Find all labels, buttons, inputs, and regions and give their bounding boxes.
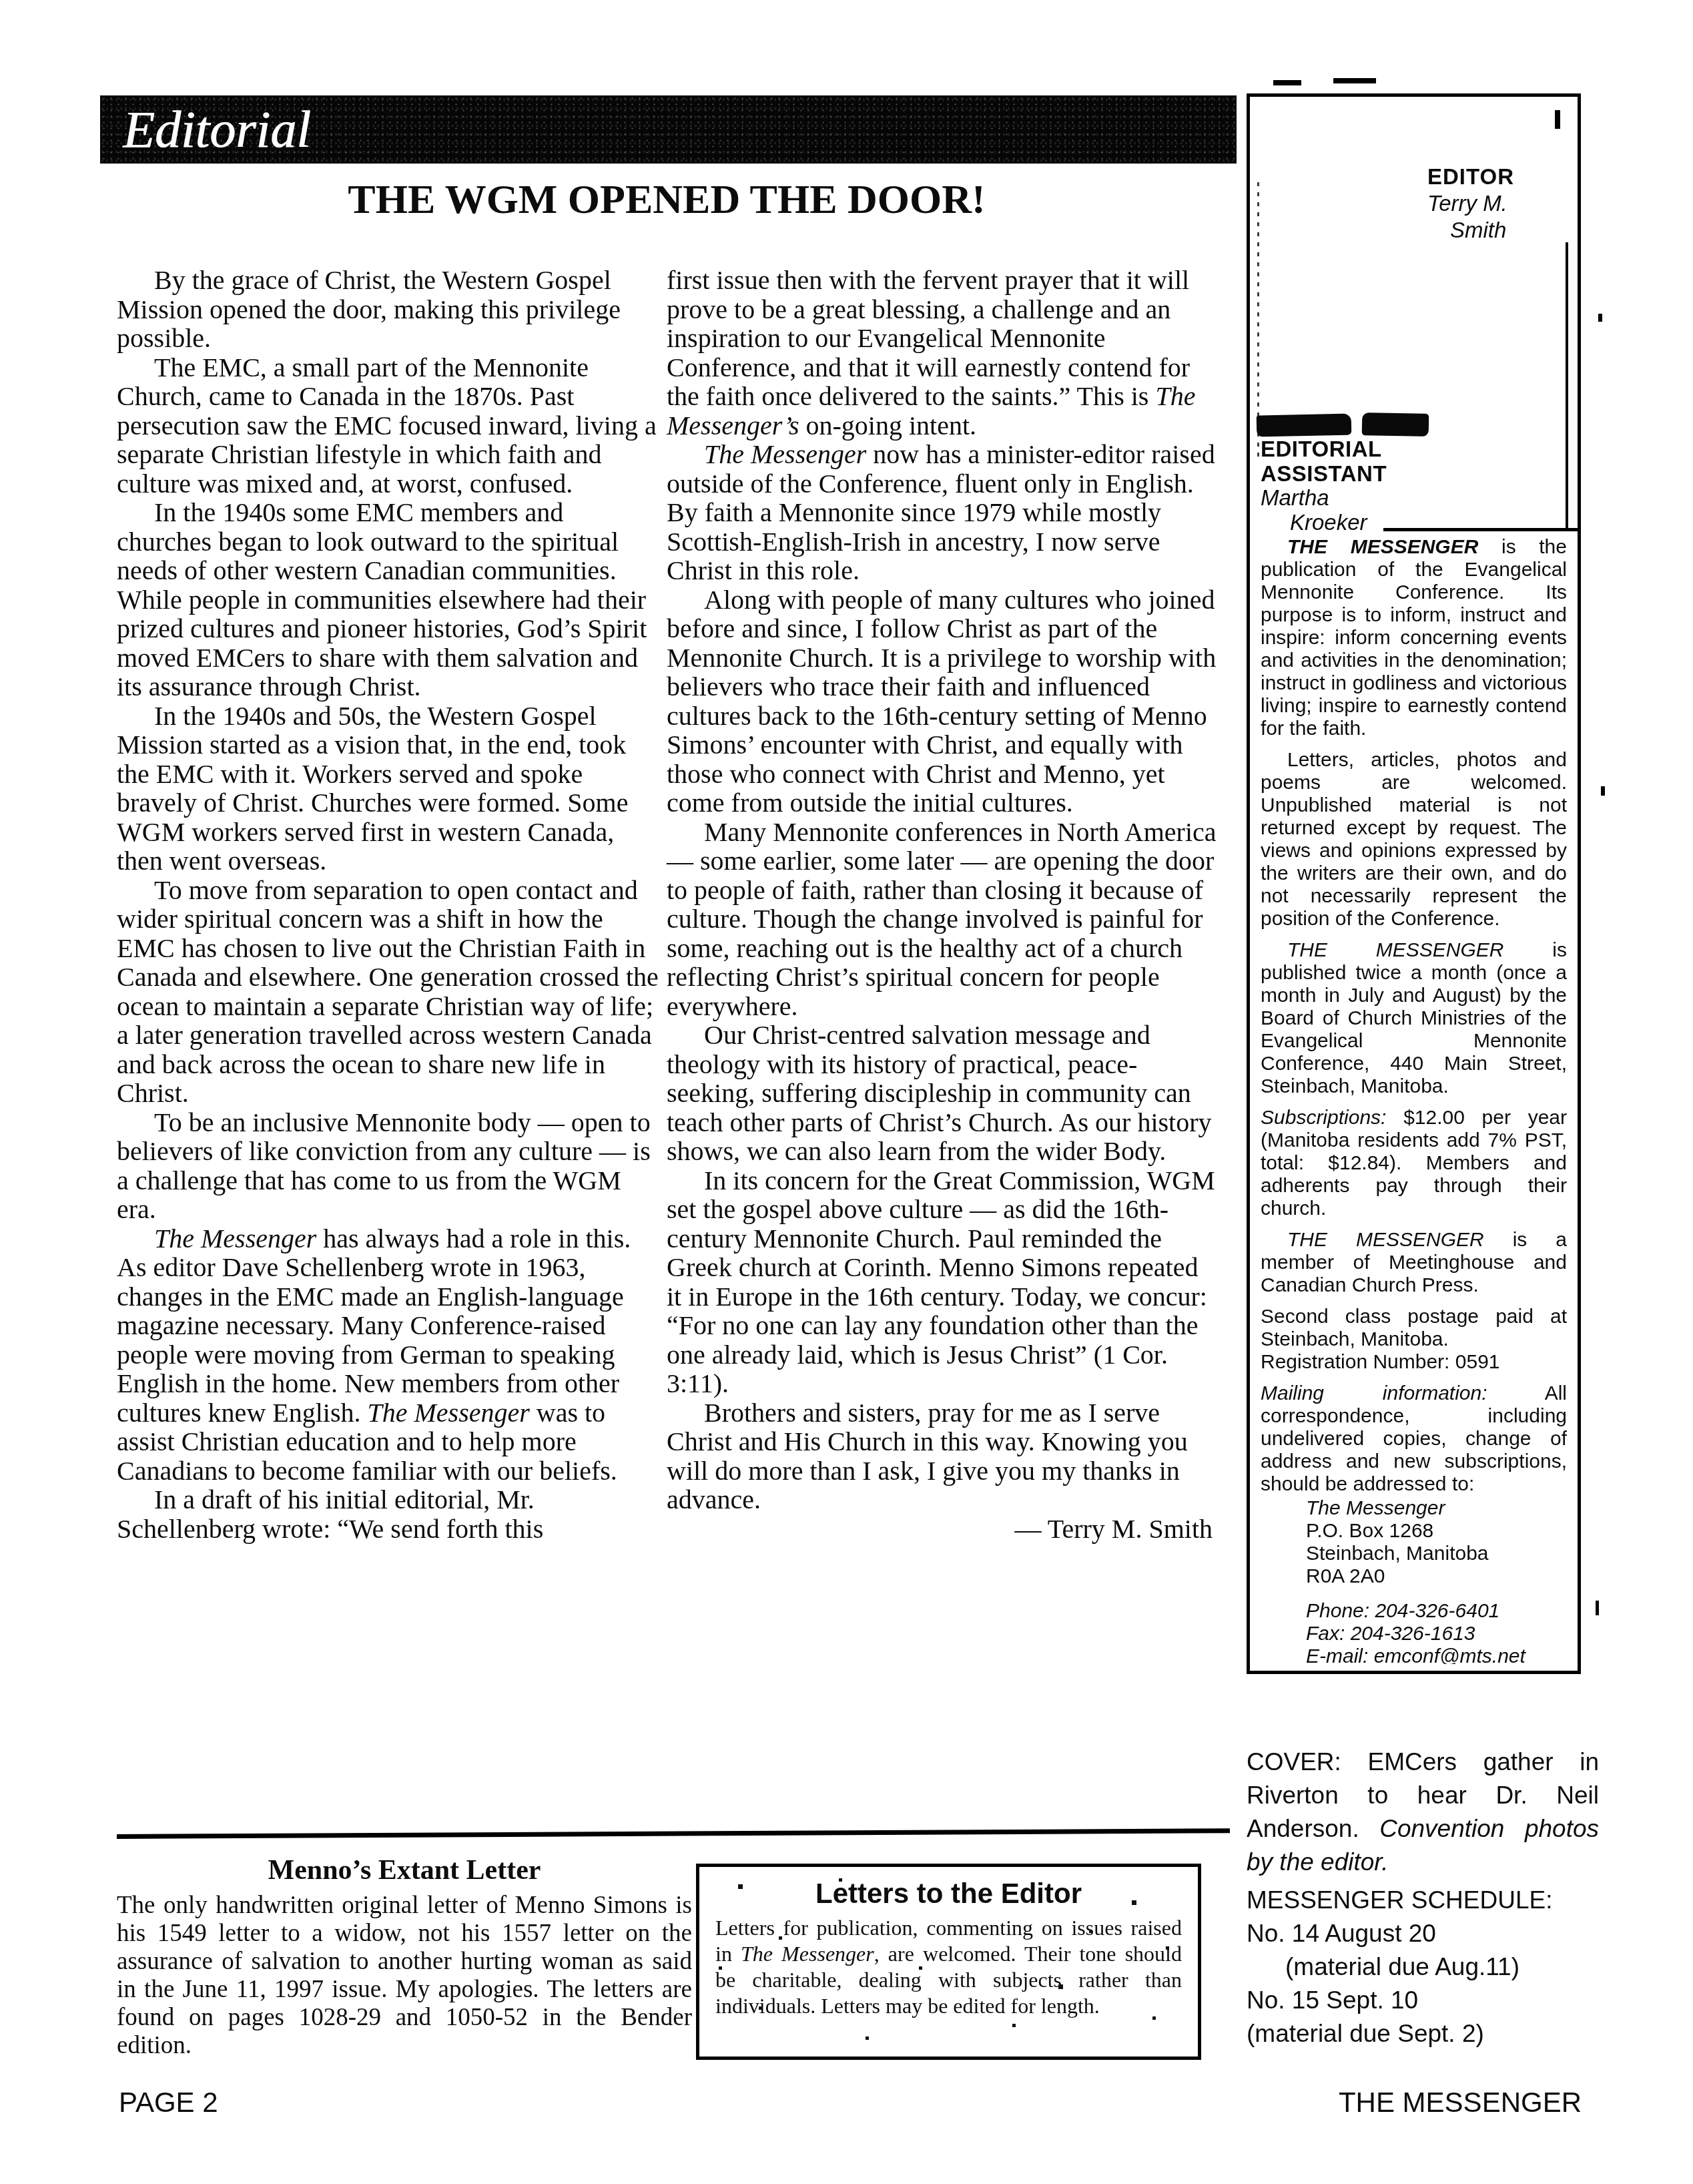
assistant-name: Martha: [1261, 486, 1387, 511]
article-paragraph: In a draft of his initial editorial, Mr.…: [117, 1485, 659, 1543]
article-paragraph: In its concern for the Great Commission,…: [667, 1166, 1217, 1398]
editor-name: Terry M.: [1427, 190, 1514, 217]
scan-artifact-speck: [1598, 314, 1602, 322]
assistant-name: Kroeker: [1261, 511, 1387, 535]
email-line: E-mail: emconf@mts.net: [1306, 1645, 1567, 1664]
article-headline: THE WGM OPENED THE DOOR!: [117, 178, 1217, 222]
article-paragraph: Our Christ-centred salvation message and…: [667, 1021, 1217, 1166]
article-paragraph: To move from separation to open contact …: [117, 876, 659, 1108]
schedule-line: MESSENGER SCHEDULE:: [1247, 1884, 1599, 1917]
address-line: R0A 2A0: [1306, 1565, 1567, 1588]
assistant-label: EDITORIAL: [1261, 437, 1387, 462]
section-title: Editorial: [100, 95, 311, 164]
phone-line: Phone: 204-326-6401: [1306, 1600, 1567, 1623]
scan-artifact-speck: [1596, 1601, 1599, 1615]
masthead-paragraph: THE MESSENGER is published twice a month…: [1261, 939, 1567, 1098]
article-paragraph: In the 1940s and 50s, the Western Gospel…: [117, 702, 659, 876]
note-title: Menno’s Extant Letter: [117, 1854, 692, 1886]
masthead-paragraph: THE MESSENGER is the publication of the …: [1261, 536, 1567, 740]
scan-artifact-tick: [1555, 110, 1560, 129]
photo-smudge: [1257, 414, 1352, 437]
editor-label: EDITOR: [1427, 164, 1514, 190]
address-line: Steinbach, Manitoba: [1306, 1543, 1567, 1565]
cover-caption: COVER: EMCers gather in Riverton to hear…: [1247, 1745, 1599, 1879]
letters-box-body: Letters for publication, commenting on i…: [715, 1915, 1182, 2019]
article-column-right: first issue then with the fervent prayer…: [667, 266, 1217, 1543]
letters-to-editor-box: Letters to the Editor Letters for public…: [696, 1864, 1201, 2060]
menno-extant-letter-note: Menno’s Extant Letter The only handwritt…: [117, 1854, 692, 2060]
article-paragraph: Brothers and sisters, pray for me as I s…: [667, 1398, 1217, 1515]
scan-artifact-speck: [1601, 786, 1605, 796]
letters-box-title: Letters to the Editor: [699, 1878, 1198, 1910]
article-paragraph: The Messenger has always had a role in t…: [117, 1224, 659, 1486]
schedule-line: (material due Aug.11): [1247, 1950, 1599, 1984]
masthead-sidebar-box: EDITOR Terry M. Smith EDITORIAL ASSISTAN…: [1247, 93, 1581, 1674]
scan-artifact-dash: [1273, 80, 1301, 85]
photo-edge-line: [1383, 528, 1578, 531]
article-paragraph: first issue then with the fervent prayer…: [667, 266, 1217, 440]
masthead-paragraph: Second class postage paid at Steinbach, …: [1261, 1306, 1567, 1374]
editor-name: Smith: [1427, 217, 1514, 244]
schedule-line: No. 14 August 20: [1247, 1917, 1599, 1950]
masthead-info: THE MESSENGER is the publication of the …: [1261, 536, 1567, 1664]
article-paragraph: The EMC, a small part of the Mennonite C…: [117, 353, 659, 499]
schedule-line: No. 15 Sept. 10: [1247, 1984, 1599, 2017]
schedule-line: (material due Sept. 2): [1247, 2017, 1599, 2051]
page-number: PAGE 2: [119, 2087, 218, 2119]
address-line: P.O. Box 1268: [1306, 1520, 1567, 1543]
address-line: The Messenger: [1306, 1497, 1567, 1520]
masthead-paragraph: Letters, articles, photos and poems are …: [1261, 749, 1567, 930]
assistant-label: ASSISTANT: [1261, 462, 1387, 487]
photo-edge-line: [1566, 242, 1568, 529]
note-body: The only handwritten original letter of …: [117, 1892, 692, 2060]
photo-smudge: [1362, 413, 1429, 437]
mailing-address: The Messenger P.O. Box 1268 Steinbach, M…: [1306, 1497, 1567, 1588]
masthead-paragraph: THE MESSENGER is a member of Meetinghous…: [1261, 1229, 1567, 1297]
article-paragraph: In the 1940s some EMC members and church…: [117, 498, 659, 702]
editorial-assistant-credit: EDITORIAL ASSISTANT Martha Kroeker: [1261, 437, 1387, 535]
article-paragraph: By the grace of Christ, the Western Gosp…: [117, 266, 659, 353]
magazine-page: Editorial THE WGM OPENED THE DOOR! By th…: [0, 0, 1693, 2184]
masthead-paragraph: Subscriptions: $12.00 per year (Manitoba…: [1261, 1107, 1567, 1220]
fax-line: Fax: 204-326-1613: [1306, 1623, 1567, 1645]
article-paragraph: The Messenger now has a minister-editor …: [667, 440, 1217, 585]
masthead-paragraph: Mailing information: All correspondence,…: [1261, 1382, 1567, 1496]
article-paragraph: Along with people of many cultures who j…: [667, 585, 1217, 818]
article-paragraph: To be an inclusive Mennonite body — open…: [117, 1108, 659, 1224]
article-signature: — Terry M. Smith: [667, 1515, 1217, 1544]
scan-speckles: [699, 1867, 701, 1869]
editorial-section-banner: Editorial: [100, 95, 1237, 164]
contact-info: Phone: 204-326-6401 Fax: 204-326-1613 E-…: [1306, 1600, 1567, 1664]
section-divider-rule: [117, 1828, 1230, 1839]
article-column-left: By the grace of Christ, the Western Gosp…: [117, 266, 659, 1543]
article-paragraph: Many Mennonite conferences in North Amer…: [667, 818, 1217, 1021]
scan-artifact-dash: [1333, 78, 1376, 83]
messenger-schedule: MESSENGER SCHEDULE: No. 14 August 20 (ma…: [1247, 1884, 1599, 2051]
editor-credit: EDITOR Terry M. Smith: [1427, 164, 1514, 244]
publication-footer: THE MESSENGER: [1339, 2087, 1582, 2119]
